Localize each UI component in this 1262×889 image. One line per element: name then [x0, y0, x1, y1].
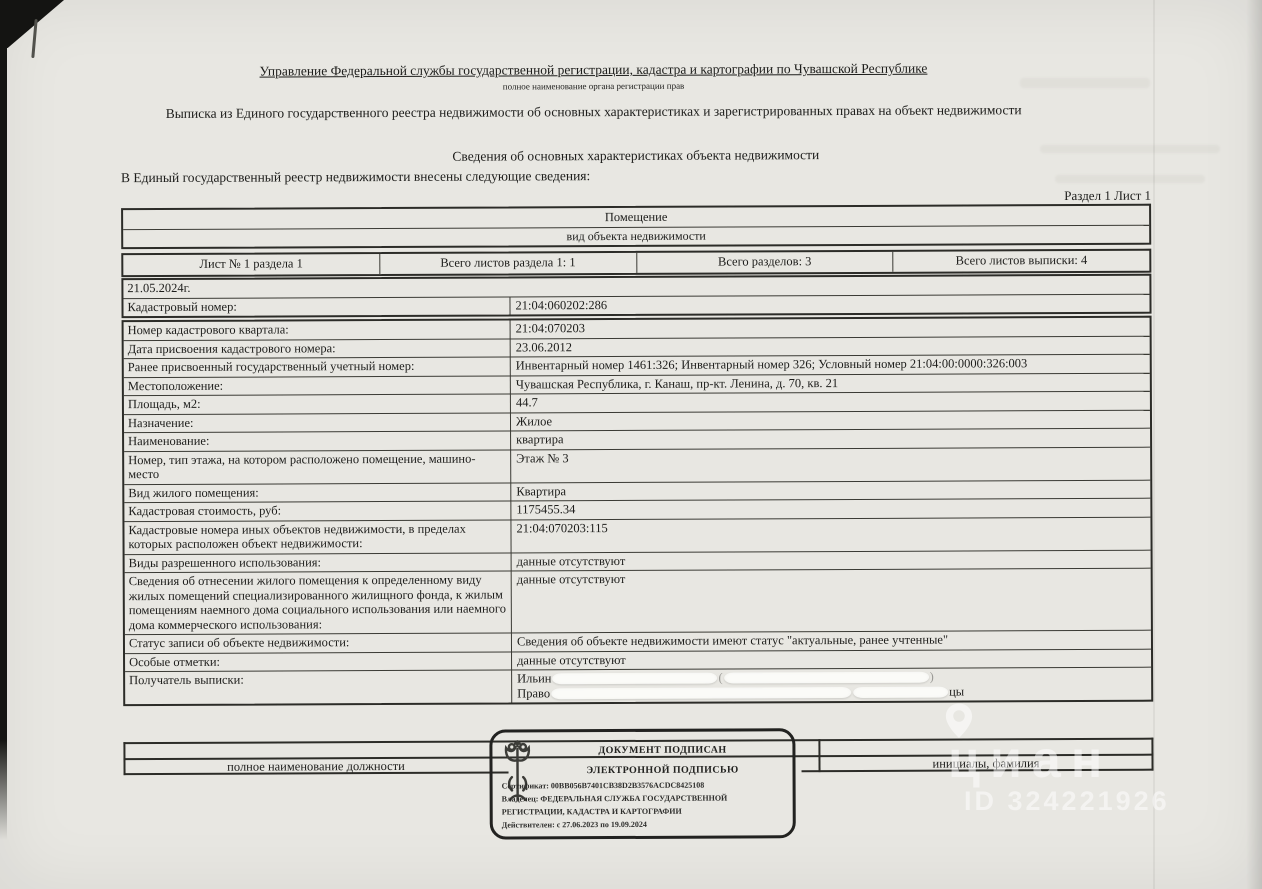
whiteout-redaction — [724, 672, 929, 684]
whiteout-redaction — [853, 686, 948, 697]
row-value: Жилое — [510, 410, 1150, 430]
scanned-document-page: Управление Федеральной службы государств… — [0, 0, 1262, 889]
row-label: Статус записи об объекте недвижимости: — [125, 633, 511, 652]
stamp-certificate: Сертификат: 00BB056B7401CB38D2B3576ACDC8… — [502, 778, 790, 792]
object-type-caption: вид объекта недвижимости — [123, 224, 1149, 247]
document-title: Выписка из Единого государственного реес… — [59, 102, 1129, 123]
date-cadastral-table: 21.05.2024г. Кадастровый номер: 21:04:06… — [121, 274, 1151, 318]
cian-watermark-id: ID 324221926 — [964, 786, 1170, 817]
row-label: Наименование: — [124, 431, 510, 450]
whiteout-redaction — [552, 673, 717, 685]
row-label: Виды разрешенного использования: — [125, 553, 511, 572]
main-table: Номер кадастрового квартала:21:04:070203… — [122, 316, 1154, 706]
row-label: Получатель выписки: — [125, 670, 511, 704]
registration-authority-caption: полное наименование органа регистрации п… — [59, 79, 1129, 94]
row-value: 44.7 — [510, 392, 1150, 412]
section-sheet-label: Раздел 1 Лист 1 — [951, 188, 1151, 205]
row-value: Ильин()Правоцы — [511, 668, 1151, 703]
row-label: Вид жилого помещения: — [124, 483, 510, 502]
row-value: данные отсутствуют — [511, 550, 1151, 570]
table-row: Сведения об отнесении жилого помещения к… — [125, 568, 1151, 634]
sheet-info-cell: Всего разделов: 3 — [637, 252, 894, 273]
table-row: Кадастровые номера иных объектов недвижи… — [124, 516, 1150, 553]
row-value: квартира — [510, 429, 1150, 449]
row-value: 1175455.34 — [510, 499, 1150, 519]
row-value: данные отсутствуют — [511, 569, 1151, 633]
row-label: Дата присвоения кадастрового номера: — [124, 339, 510, 358]
electronic-signature-stamp: ДОКУМЕНТ ПОДПИСАН ЭЛЕКТРОННОЙ ПОДПИСЬЮ С… — [489, 728, 795, 839]
row-value: данные отсутствуют — [511, 649, 1151, 669]
scan-background-edge — [0, 0, 7, 840]
row-label: Кадастровая стоимость, руб: — [124, 501, 510, 520]
stamp-title-line1: ДОКУМЕНТ ПОДПИСАН — [538, 744, 786, 756]
stamp-details: Сертификат: 00BB056B7401CB38D2B3576ACDC8… — [502, 778, 790, 831]
row-value: 21:04:070203 — [510, 318, 1150, 338]
row-value: Сведения об объекте недвижимости имеют с… — [511, 631, 1151, 651]
row-label: Ранее присвоенный государственный учетны… — [124, 357, 510, 376]
table-row: Номер, тип этажа, на котором расположено… — [124, 446, 1150, 483]
intro-line: В Единый государственный реестр недвижим… — [121, 168, 590, 186]
row-value: Квартира — [510, 480, 1150, 500]
row-label: Номер кадастрового квартала: — [124, 320, 510, 339]
table-row: Получатель выписки:Ильин()Правоцы — [125, 667, 1151, 704]
row-value: Этаж № 3 — [510, 447, 1150, 482]
section-title: Сведения об основных характеристиках объ… — [121, 146, 1151, 166]
row-value: 21:04:070203:115 — [510, 517, 1150, 552]
row-label: Номер, тип этажа, на котором расположено… — [124, 450, 510, 484]
stamp-title-line2: ЭЛЕКТРОННОЙ ПОДПИСЬЮ — [539, 764, 787, 776]
sheet-info-cell: Всего листов раздела 1: 1 — [380, 253, 637, 274]
row-value: 23.06.2012 — [510, 336, 1150, 356]
sheet-info-row: Лист № 1 раздела 1Всего листов раздела 1… — [121, 249, 1151, 277]
row-label: Кадастровый номер: — [123, 297, 509, 316]
stamp-owner: Владелец: ФЕДЕРАЛЬНАЯ СЛУЖБА ГОСУДАРСТВЕ… — [502, 791, 790, 818]
sheet-info-cell: Лист № 1 раздела 1 — [123, 254, 380, 275]
registration-authority-title: Управление Федеральной службы государств… — [58, 60, 1128, 81]
sheet-info-cell: Всего листов выписки: 4 — [894, 251, 1150, 272]
row-label: Сведения об отнесении жилого помещения к… — [125, 571, 511, 634]
row-label: Назначение: — [124, 413, 510, 432]
object-type-table: Помещение вид объекта недвижимости — [121, 204, 1151, 249]
position-caption: полное наименование должности — [123, 758, 508, 775]
table-row: Кадастровый номер: 21:04:060202:286 — [123, 293, 1149, 316]
cian-watermark-brand: циан — [948, 730, 1112, 790]
row-value: Инвентарный номер 1461:326; Инвентарный … — [510, 355, 1150, 375]
row-label: Кадастровые номера иных объектов недвижи… — [124, 520, 510, 554]
whiteout-redaction — [551, 686, 851, 698]
row-label: Особые отметки: — [125, 652, 511, 671]
row-label: Местоположение: — [124, 376, 510, 395]
row-label: Площадь, м2: — [124, 394, 510, 413]
stamp-validity: Действителен: с 27.06.2023 по 19.09.2024 — [502, 817, 790, 831]
row-value: 21:04:060202:286 — [509, 294, 1149, 314]
row-value: Чувашская Республика, г. Канаш, пр-кт. Л… — [510, 373, 1150, 393]
